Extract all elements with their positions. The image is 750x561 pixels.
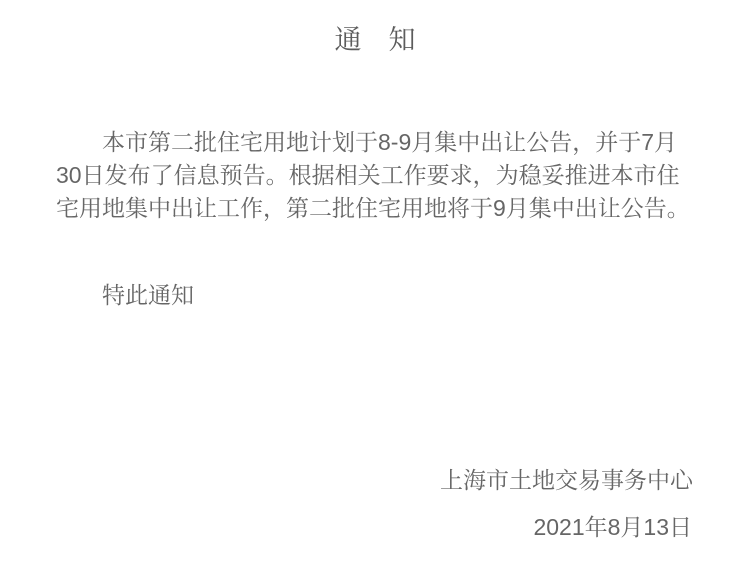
body-line-3: 宅用地集中出让工作，第二批住宅用地将于9月集中出让公告。 bbox=[56, 192, 710, 225]
notice-body: 本市第二批住宅用地计划于8-9月集中出让公告，并于7月 30日发布了信息预告。根… bbox=[56, 126, 710, 225]
signature-text: 上海市土地交易事务中心 bbox=[440, 465, 693, 495]
body-line-2: 30日发布了信息预告。根据相关工作要求，为稳妥推进本市住 bbox=[56, 159, 710, 192]
date-text: 2021年8月13日 bbox=[533, 512, 692, 542]
closing-text: 特此通知 bbox=[56, 279, 194, 312]
notice-title: 通 知 bbox=[0, 24, 750, 56]
body-line-1: 本市第二批住宅用地计划于8-9月集中出让公告，并于7月 bbox=[56, 126, 710, 159]
notice-document: 通 知 本市第二批住宅用地计划于8-9月集中出让公告，并于7月 30日发布了信息… bbox=[0, 0, 750, 561]
